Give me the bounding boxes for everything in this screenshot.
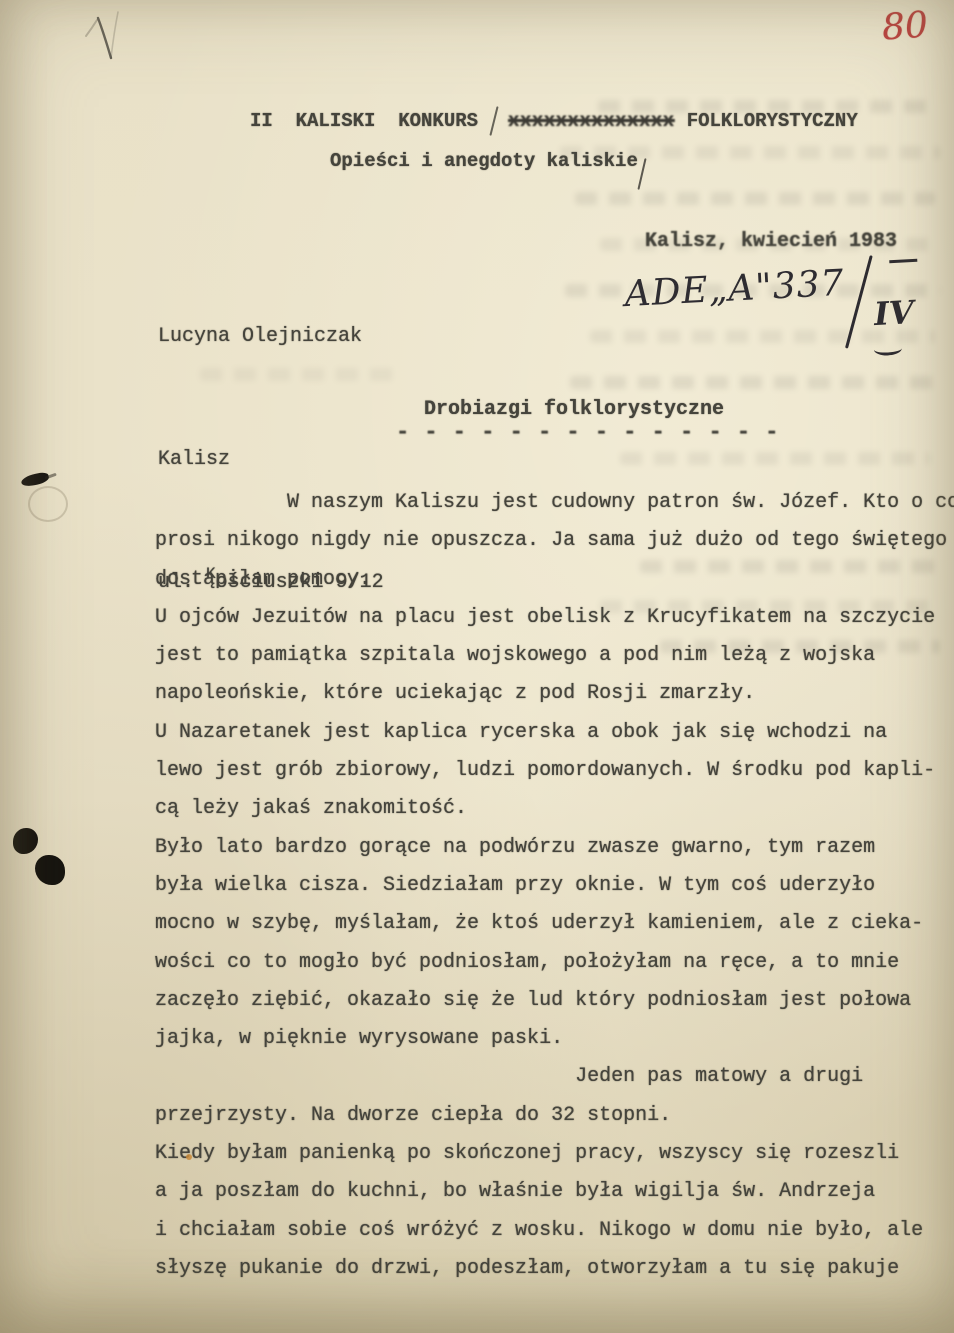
ink-blot <box>13 828 38 854</box>
body-line: Kiedy byłam panienką po skończonej pracy… <box>155 1135 954 1173</box>
body-line: prosi nikogo nigdy nie opuszcza. Ja sama… <box>155 522 954 560</box>
body-line: napoleońskie, które uciekając z pod Rosj… <box>155 675 954 713</box>
body-line: Jeden pas matowy a drugi <box>155 1058 954 1096</box>
annotation-text: ADE„A"337 <box>624 263 846 315</box>
dateline: Kalisz, kwiecień 1983 <box>645 230 897 253</box>
body-line: W naszym Kaliszu jest cudowny patron św.… <box>155 484 954 522</box>
body-line: mocno w szybę, myślałam, że ktoś uderzył… <box>155 905 954 943</box>
paper-stain <box>186 1154 192 1160</box>
document-body: W naszym Kaliszu jest cudowny patron św.… <box>155 484 954 1288</box>
bleed-through-line <box>575 192 935 205</box>
handwritten-slash-mark <box>637 158 646 190</box>
document-title-line1: II KALISKI KONKURS xxxxxxxxxxxxxx FOLKLO… <box>250 106 858 136</box>
document-subtitle: Opieści i anegdoty kaliskie <box>330 150 638 172</box>
body-line: U Nazaretanek jest kaplica rycerska a ob… <box>155 714 954 752</box>
sender-city: Kalisz <box>158 439 384 480</box>
body-line: dostąpiłam pomocy. <box>155 561 954 599</box>
body-line: lewo jest grób zbiorowy, ludzi pomordowa… <box>155 752 954 790</box>
body-line: słyszę pukanie do drzwi, podeszłam, otwo… <box>155 1250 954 1288</box>
annotation-dash-stroke <box>889 259 917 263</box>
body-line: wości co to mogło być podniosłam, położy… <box>155 944 954 982</box>
faint-stain-ring <box>28 486 68 522</box>
annotation-underline-squiggle <box>874 342 903 356</box>
title-part1: II KALISKI KONKURS <box>250 110 478 132</box>
body-line: była wielka cisza. Siedziałam przy oknie… <box>155 867 954 905</box>
annotation-slash-stroke <box>845 255 873 349</box>
bleed-through-line <box>620 452 930 465</box>
body-line: jajka, w pięknie wyrysowane paski. <box>155 1020 954 1058</box>
crossed-out-word: xxxxxxxxxxxxxx <box>508 110 675 132</box>
body-line: a ja poszłam do kuchni, bo właśnie była … <box>155 1173 954 1211</box>
handwritten-archive-annotation: ADE„A"337 IV <box>623 248 939 384</box>
section-title: Drobiazgi folklorystyczne <box>424 398 724 421</box>
ink-blot <box>35 855 65 885</box>
body-line: jest to pamiątka szpitala wojskowego a p… <box>155 637 954 675</box>
section-dashed-underline: - - - - - - - - - - - - - - <box>396 420 779 445</box>
annotation-roman-numeral: IV <box>873 293 915 333</box>
scanned-document-page: 80 II KALISKI KONKURS xxxxxxxxxxxxxx FOL… <box>0 0 954 1333</box>
bleed-through-line <box>570 376 935 389</box>
pencil-checkmark-icon <box>78 2 138 72</box>
body-line: przejrzysty. Na dworze ciepła do 32 stop… <box>155 1097 954 1135</box>
body-line: zaczęło ziębić, okazało się że lud który… <box>155 982 954 1020</box>
body-line: Było lato bardzo gorące na podwórzu zwas… <box>155 829 954 867</box>
title-part2: FOLKLORYSTYCZNY <box>687 110 858 132</box>
folio-number: 80 <box>881 4 930 48</box>
body-line: cą leży jakaś znakomitość. <box>155 790 954 828</box>
body-line: U ojców Jezuitów na placu jest obelisk z… <box>155 599 954 637</box>
handwritten-slash-mark <box>488 106 500 136</box>
body-line: i chciałam sobie coś wróżyć z wosku. Nik… <box>155 1212 954 1250</box>
sender-name: Lucyna Olejniczak <box>158 316 384 357</box>
